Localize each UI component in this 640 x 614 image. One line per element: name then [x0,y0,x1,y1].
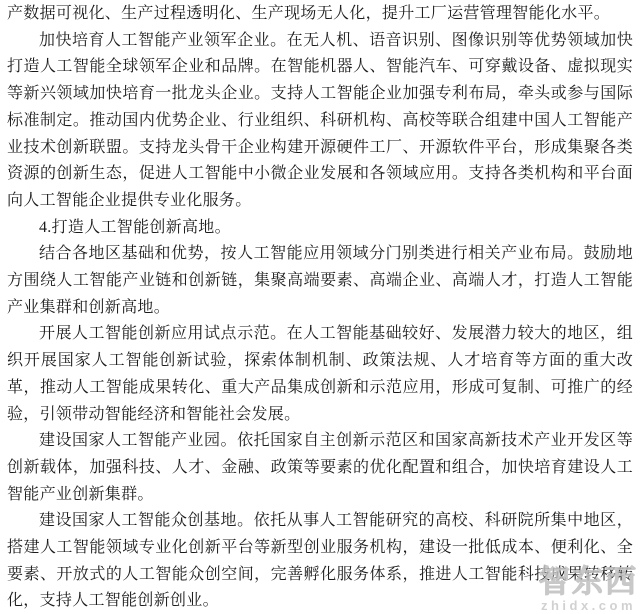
paragraph-list: 产数据可视化、生产过程透明化、生产现场无人化，提升工厂运营管理智能化水平。加快培… [7,1,633,614]
paragraph: 建设国家人工智能众创基地。依托从事人工智能研究的高校、科研院所集中地区，搭建人工… [7,508,633,614]
paragraph: 开展人工智能创新应用试点示范。在人工智能基础较好、发展潜力较大的地区，组织开展国… [7,321,633,428]
paragraph: 建设国家人工智能产业园。依托国家自主创新示范区和国家高新技术产业开发区等创新载体… [7,428,633,508]
document-page: 产数据可视化、生产过程透明化、生产现场无人化，提升工厂运营管理智能化水平。加快培… [0,0,640,614]
paragraph: 产数据可视化、生产过程透明化、生产现场无人化，提升工厂运营管理智能化水平。 [7,1,633,28]
paragraph: 4.打造人工智能创新高地。 [7,215,633,242]
paragraph: 加快培育人工智能产业领军企业。在无人机、语音识别、图像识别等优势领域加快打造人工… [7,28,633,215]
paragraph: 结合各地区基础和优势，按人工智能应用领域分门别类进行相关产业布局。鼓励地方围绕人… [7,241,633,321]
